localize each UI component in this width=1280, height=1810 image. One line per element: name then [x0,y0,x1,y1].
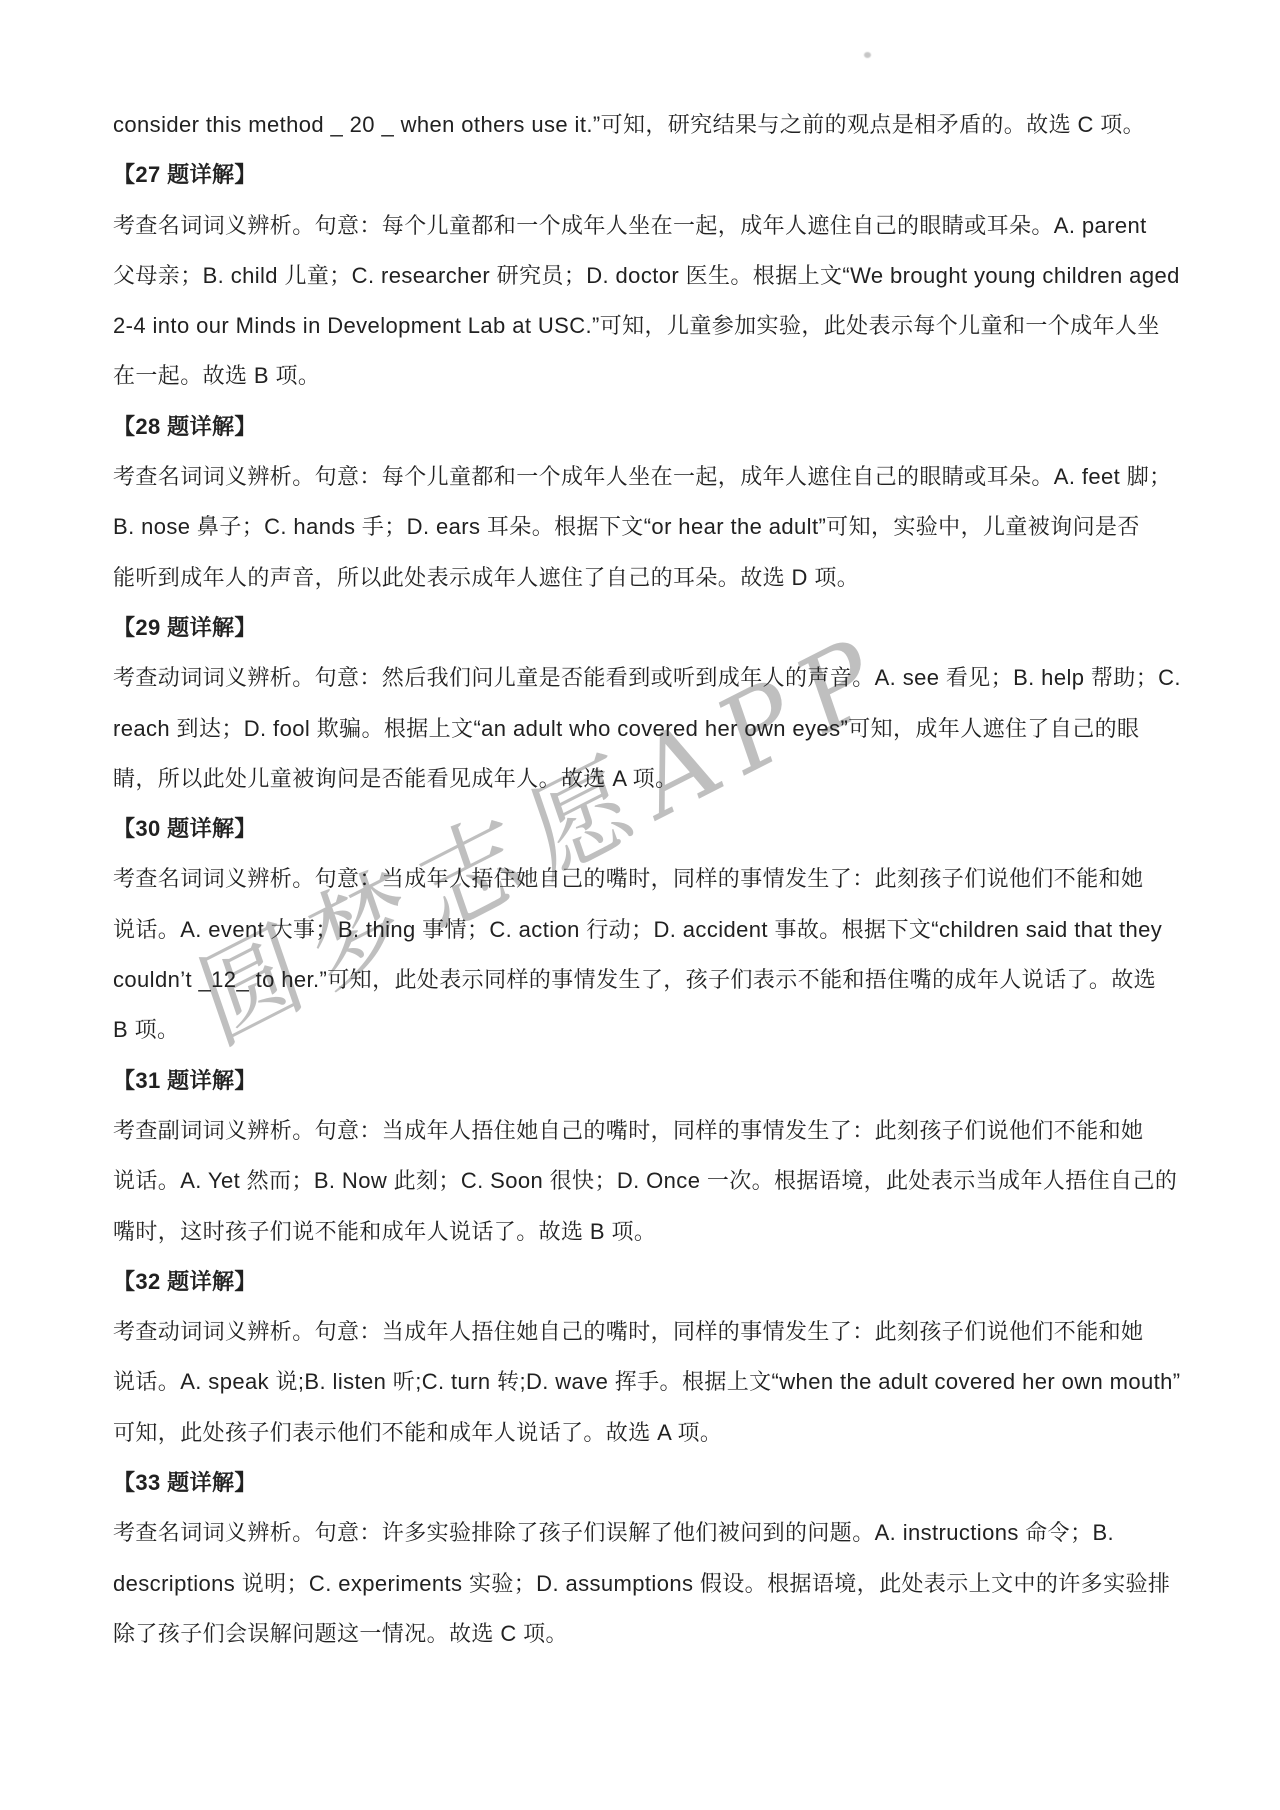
explanation-line: 除了孩子们会误解问题这一情况。故选 C 项。 [113,1609,1193,1659]
section-header: 【28 题详解】 [113,402,1193,452]
section-header: 【30 题详解】 [113,804,1193,854]
explanation-line: 考查动词词义辨析。句意：然后我们问儿童是否能看到或听到成年人的声音。A. see… [113,653,1193,703]
ink-speck [864,52,871,58]
explanation-line: 睛，所以此处儿童被询问是否能看见成年人。故选 A 项。 [113,754,1193,804]
explanation-line: 考查副词词义辨析。句意：当成年人捂住她自己的嘴时，同样的事情发生了：此刻孩子们说… [113,1106,1193,1156]
explanation-line: B. nose 鼻子；C. hands 手；D. ears 耳朵。根据下文“or… [113,502,1193,552]
explanation-line: 考查名词词义辨析。句意：当成年人捂住她自己的嘴时，同样的事情发生了：此刻孩子们说… [113,854,1193,904]
explanation-line: 考查动词词义辨析。句意：当成年人捂住她自己的嘴时，同样的事情发生了：此刻孩子们说… [113,1307,1193,1357]
explanation-line: couldn’t _12_ to her.”可知，此处表示同样的事情发生了，孩子… [113,955,1193,1005]
section-header: 【31 题详解】 [113,1056,1193,1106]
explanation-line: 考查名词词义辨析。句意：每个儿童都和一个成年人坐在一起，成年人遮住自己的眼睛或耳… [113,201,1193,251]
explanation-line: consider this method _ 20 _ when others … [113,100,1193,150]
explanation-line: 考查名词词义辨析。句意：每个儿童都和一个成年人坐在一起，成年人遮住自己的眼睛或耳… [113,452,1193,502]
section-header: 【32 题详解】 [113,1257,1193,1307]
explanation-line: 在一起。故选 B 项。 [113,351,1193,401]
answer-explanations: consider this method _ 20 _ when others … [113,100,1193,1659]
explanation-line: reach 到达；D. fool 欺骗。根据上文“an adult who co… [113,704,1193,754]
explanation-line: 2-4 into our Minds in Development Lab at… [113,301,1193,351]
section-header: 【29 题详解】 [113,603,1193,653]
explanation-line: 说话。A. speak 说;B. listen 听;C. turn 转;D. w… [113,1357,1193,1407]
explanation-line: 父母亲；B. child 儿童；C. researcher 研究员；D. doc… [113,251,1193,301]
explanation-line: 说话。A. Yet 然而；B. Now 此刻；C. Soon 很快；D. Onc… [113,1156,1193,1206]
explanation-line: 说话。A. event 大事；B. thing 事情；C. action 行动；… [113,905,1193,955]
explanation-line: B 项。 [113,1005,1193,1055]
explanation-line: 能听到成年人的声音，所以此处表示成年人遮住了自己的耳朵。故选 D 项。 [113,553,1193,603]
explanation-line: 嘴时，这时孩子们说不能和成年人说话了。故选 B 项。 [113,1207,1193,1257]
document-page: 圆梦志愿APP consider this method _ 20 _ when… [0,0,1280,1810]
explanation-line: 可知，此处孩子们表示他们不能和成年人说话了。故选 A 项。 [113,1408,1193,1458]
section-header: 【33 题详解】 [113,1458,1193,1508]
explanation-line: descriptions 说明；C. experiments 实验；D. ass… [113,1559,1193,1609]
section-header: 【27 题详解】 [113,150,1193,200]
explanation-line: 考查名词词义辨析。句意：许多实验排除了孩子们误解了他们被问到的问题。A. ins… [113,1508,1193,1558]
